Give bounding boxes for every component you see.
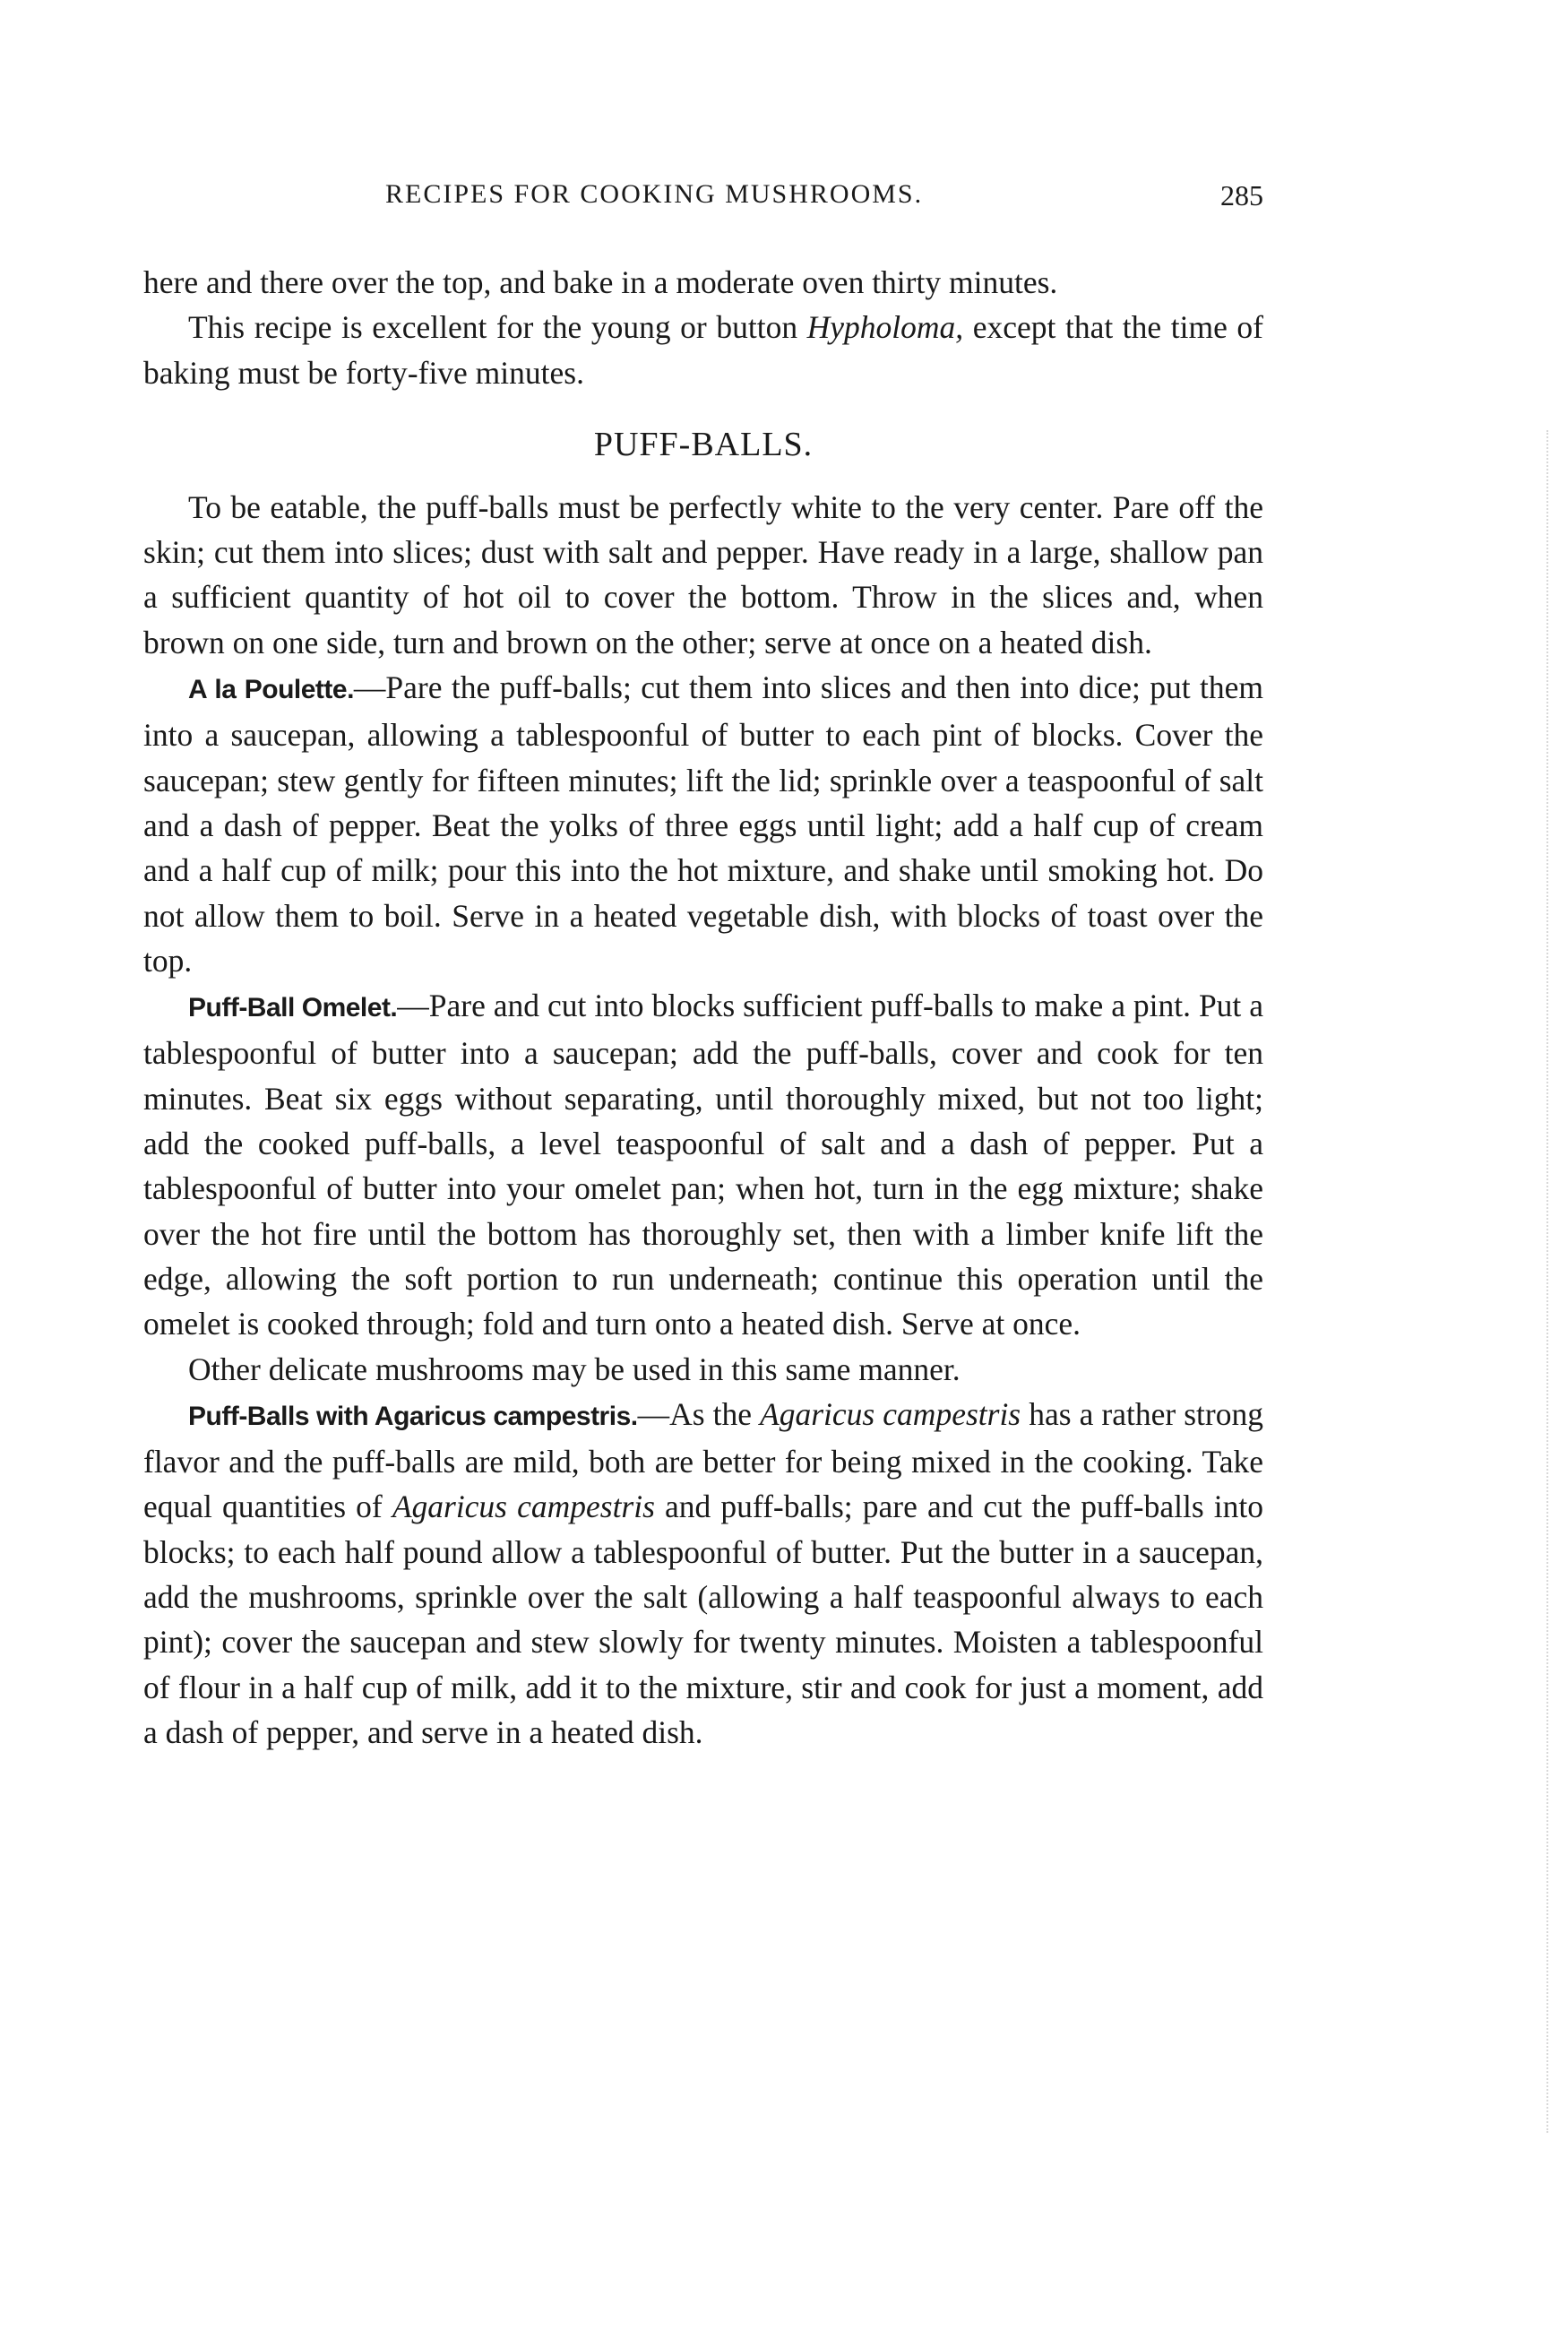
page-number: 285 [1220, 179, 1263, 212]
scan-edge-marks [1546, 430, 1557, 2133]
section-opening-paragraph: To be eatable, the puff-balls must be pe… [143, 485, 1263, 665]
recipe-a-la-poulette: A la Poulette.—Pare the puff-balls; cut … [143, 665, 1263, 983]
section-title: PUFF-BALLS. [143, 422, 1263, 467]
other-mushrooms-note: Other delicate mushrooms may be used in … [143, 1347, 1263, 1392]
continuation-paragraph: here and there over the top, and bake in… [143, 260, 1263, 305]
recipe-puff-ball-omelet: Puff-Ball Omelet.—Pare and cut into bloc… [143, 983, 1263, 1346]
recipe-puff-balls-with-agaricus: Puff-Balls with Agaricus campestris.—As … [143, 1392, 1263, 1755]
hypholoma-note: This recipe is excellent for the young o… [143, 305, 1263, 395]
running-title: RECIPES FOR COOKING MUSHROOMS. [385, 179, 923, 210]
recipe-title: Puff-Balls with Agaricus campestris. [188, 1402, 638, 1431]
recipe-title: A la Poulette. [188, 675, 354, 704]
running-head: RECIPES FOR COOKING MUSHROOMS. 285 [143, 179, 1263, 224]
species-name: Agaricus campestris [760, 1396, 1021, 1432]
species-name: Agaricus campestris [392, 1489, 655, 1524]
species-name: Hypholoma, [807, 309, 964, 345]
body-text: here and there over the top, and bake in… [143, 260, 1263, 1755]
recipe-title: Puff-Ball Omelet. [188, 993, 397, 1023]
